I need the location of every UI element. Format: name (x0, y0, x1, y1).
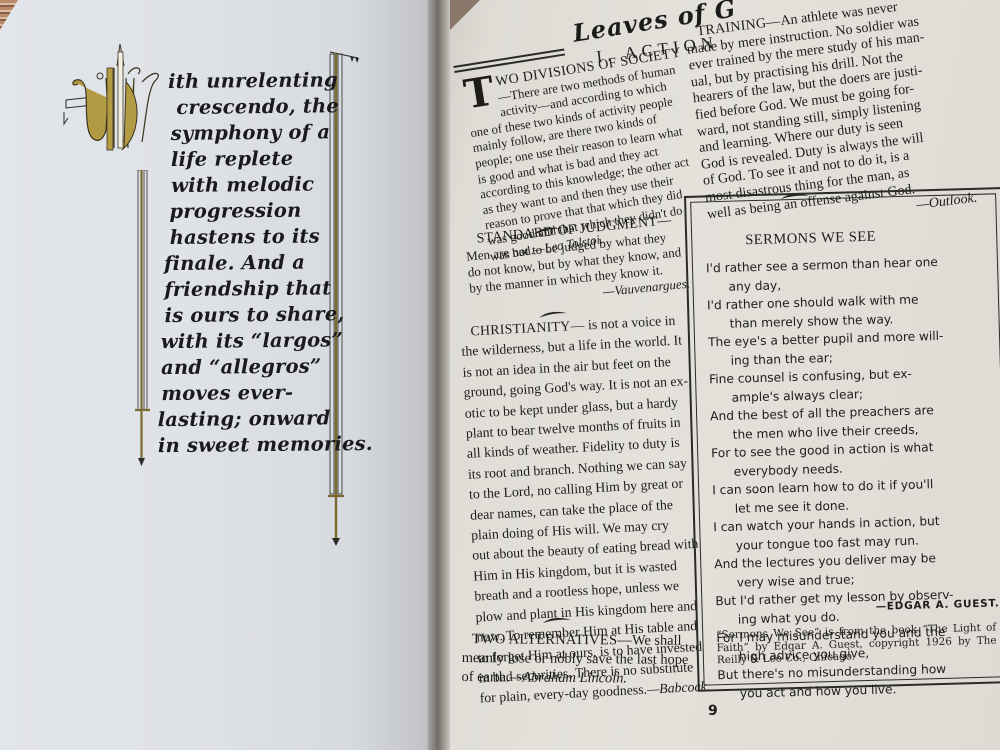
poem-line: with melodic (171, 171, 369, 199)
poem-line: is ours to share, (164, 301, 370, 329)
attribution: —Abraham Lincoln. (509, 669, 627, 686)
flourish-ornament-icon (542, 612, 572, 620)
poem-line: friendship that (164, 275, 370, 303)
text-line: of earth. (462, 669, 510, 685)
page-number: 9 (708, 703, 718, 719)
article-heading: TWO ALTERNATIVES— (462, 631, 632, 648)
decorative-border-left (132, 170, 156, 470)
left-page: ith unrelenting crescendo, the symphony … (0, 0, 440, 750)
poem-line: ith unrelenting (168, 67, 368, 95)
poem-line: moves ever- (161, 379, 371, 407)
poem-title: SERMONS WE SEE (745, 229, 876, 250)
poem-line: lasting; onward (158, 405, 372, 433)
dedication-poem: ith unrelenting crescendo, the symphony … (168, 67, 372, 459)
text-line: is not a voice in (588, 313, 676, 333)
article-two-alternatives: TWO ALTERNATIVES—We shall meanly lose or… (462, 630, 702, 689)
poem-line: hastens to its (170, 223, 370, 251)
poem-line: crescendo, the (176, 93, 368, 121)
illuminated-initial-w-icon (62, 38, 162, 158)
poem-line: symphony of a (171, 119, 369, 147)
copyright-note: “Sermons We See” is from the book “The L… (716, 621, 997, 667)
sermons-we-see-box: SERMONS WE SEE I'd rather see a sermon t… (684, 187, 1000, 692)
poem-line: in sweet memories. (158, 431, 372, 459)
flourish-ornament-icon (538, 305, 568, 315)
text-line: We shall (632, 632, 682, 648)
book-spread-photo: ith unrelenting crescendo, the symphony … (0, 0, 1000, 750)
right-page-content: Leaves of G I. ACTION T WO DIVISIONS OF … (440, 0, 1000, 750)
poem-line: finale. And a (164, 249, 370, 277)
article-heading: CHRISTIANITY— (460, 317, 585, 338)
poem-line: progression (169, 197, 369, 225)
poem-line: with its “largos” (161, 327, 371, 355)
poem-line: life replete (171, 145, 369, 173)
text-line: meanly lose or nobly save the last hope (462, 649, 702, 670)
poem-line: and “allegros” (161, 353, 371, 381)
drop-cap: T (462, 75, 496, 111)
